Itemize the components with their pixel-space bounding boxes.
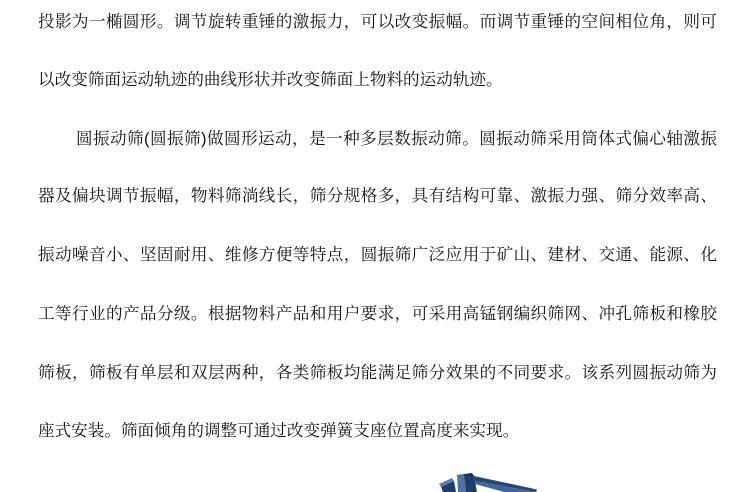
vibrating-screen-image bbox=[428, 470, 543, 492]
text-line: 振动噪音小、坚固耐用、维修方便等特点，圆振筛广泛应用于矿山、建材、交通、能源、化 bbox=[38, 242, 717, 268]
text-line: 圆振动筛(圆振筛)做圆形运动，是一种多层数振动筛。圆振动筛采用筒体式偏心轴激振 bbox=[38, 126, 717, 152]
text-line: 工等行业的产品分级。根据物料产品和用户要求，可采用高锰钢编织筛网、冲孔筛板和橡胶 bbox=[38, 301, 717, 327]
text-line: 以改变筛面运动轨迹的曲线形状并改变筛面上物料的运动轨迹。 bbox=[38, 67, 717, 93]
text-line: 座式安装。筛面倾角的调整可通过改变弹簧支座位置高度来实现。 bbox=[38, 418, 717, 444]
text-line: 器及偏块调节振幅，物料筛淌线长，筛分规格多，具有结构可靠、激振力强、筛分效率高、 bbox=[38, 183, 717, 209]
text-line: 投影为一椭圆形。调节旋转重锤的激振力，可以改变振幅。而调节重锤的空间相位角，则可 bbox=[38, 9, 717, 35]
text-line: 筛板，筛板有单层和双层两种，各类筛板均能满足筛分效果的不同要求。该系列圆振动筛为 bbox=[38, 360, 717, 386]
document-page: 投影为一椭圆形。调节旋转重锤的激振力，可以改变振幅。而调节重锤的空间相位角，则可… bbox=[0, 0, 750, 492]
